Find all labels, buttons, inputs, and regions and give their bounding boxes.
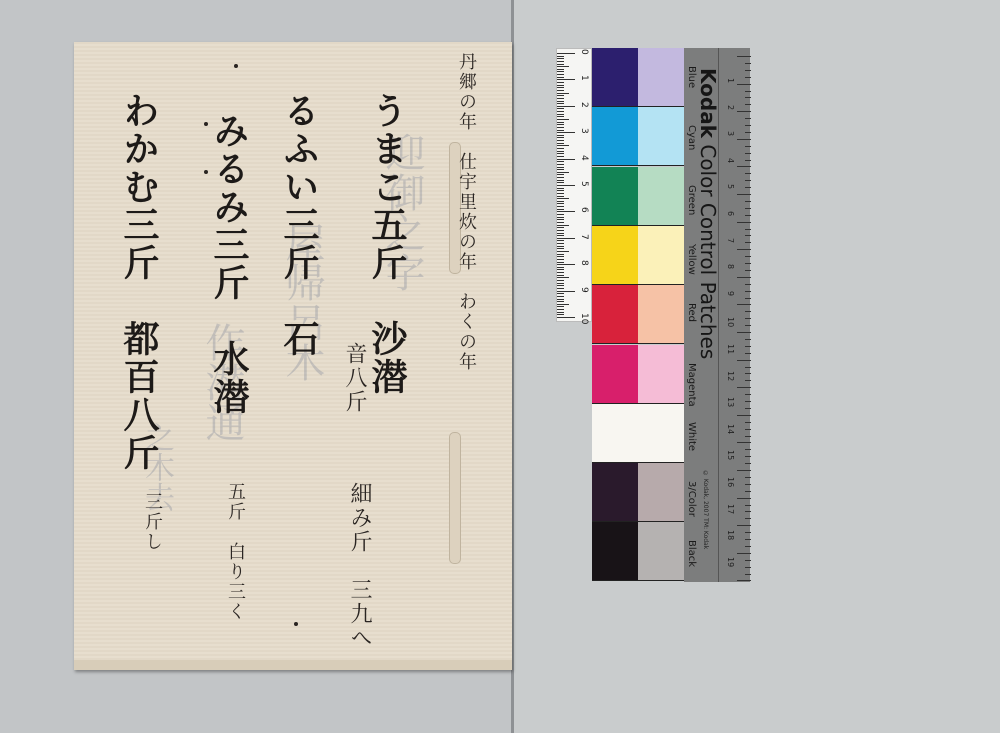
binding-hole <box>294 622 298 626</box>
ruler-tick <box>557 306 564 307</box>
ruler-label: 5 <box>579 181 589 187</box>
ruler-tick <box>557 317 575 318</box>
ruler-tick <box>557 127 564 128</box>
ruler-label: 4 <box>579 155 589 161</box>
scale-tick <box>745 318 751 319</box>
ruler-tick <box>557 293 564 294</box>
scale-tick <box>745 546 751 547</box>
ruler-tick <box>557 93 569 94</box>
ruler-tick <box>557 124 564 125</box>
scale-tick <box>737 387 751 388</box>
scale-tick <box>745 367 751 368</box>
ruler-tick <box>557 283 564 284</box>
ruler-tick <box>557 285 564 286</box>
card-scale: 12345678910111213141516171819 <box>718 48 751 582</box>
ruler-tick <box>557 272 564 273</box>
scale-tick <box>737 166 751 167</box>
scale-tick <box>745 560 751 561</box>
ruler-tick <box>557 201 564 202</box>
ruler-tick <box>557 111 564 112</box>
ruler-tick <box>557 211 575 212</box>
scale-cm-label: 11 <box>726 344 735 354</box>
ruler-tick <box>557 58 564 59</box>
scale-cm-label: 6 <box>726 211 735 216</box>
ruler-tick <box>557 219 564 220</box>
ruler-tick <box>557 235 564 236</box>
ruler-tick <box>557 227 564 228</box>
patch-label: Yellow <box>686 244 697 275</box>
scale-tick <box>745 539 751 540</box>
color-patches <box>592 48 684 582</box>
patch-black-dark <box>592 522 638 581</box>
scale-tick <box>745 567 751 568</box>
scale-tick <box>737 222 751 223</box>
ruler-tick <box>557 169 564 170</box>
scale-tick <box>745 125 751 126</box>
scale-tick <box>745 201 751 202</box>
binding-hole <box>234 64 238 68</box>
patch-black-light <box>638 522 684 581</box>
scale-tick <box>745 380 751 381</box>
ruler-tick <box>557 172 569 173</box>
page-bottom-edge <box>74 660 512 670</box>
ruler-tick <box>557 82 564 83</box>
scale-tick <box>737 525 751 526</box>
ruler-tick <box>557 277 569 278</box>
patch-green-dark <box>592 167 638 226</box>
scale-tick <box>745 63 751 64</box>
scale-cm-label: 3 <box>726 131 735 136</box>
ruler-tick <box>557 214 564 215</box>
ruler-tick <box>557 309 564 310</box>
note-column-2: 細み斤 三九へ <box>344 482 375 650</box>
scale-tick <box>745 97 751 98</box>
patch-cyan-light <box>638 107 684 166</box>
scale-tick <box>737 111 751 112</box>
scale-tick <box>745 436 751 437</box>
brand-name: Kodak <box>696 68 720 138</box>
ruler-tick <box>557 269 564 270</box>
ruler-label: 9 <box>579 287 589 293</box>
ruler-tick <box>557 74 564 75</box>
scale-tick <box>745 325 751 326</box>
scale-tick <box>737 332 751 333</box>
scale-tick <box>745 208 751 209</box>
scale-tick <box>737 249 751 250</box>
scale-tick <box>745 263 751 264</box>
patch-yellow-light <box>638 226 684 285</box>
scale-tick <box>745 229 751 230</box>
scale-cm-label: 7 <box>726 238 735 243</box>
scale-cm-label: 4 <box>726 158 735 163</box>
ruler-tick <box>557 122 564 123</box>
ruler-tick <box>557 103 564 104</box>
ruler-tick <box>557 108 564 109</box>
ruler-label: 0 <box>579 49 589 55</box>
scale-tick <box>745 180 751 181</box>
scale-tick <box>745 146 751 147</box>
scale-tick <box>745 132 751 133</box>
scale-tick <box>745 353 751 354</box>
ruler-tick <box>557 233 564 234</box>
patch-label: Cyan <box>686 125 697 150</box>
scale-tick <box>737 304 751 305</box>
ruler-label: 2 <box>579 102 589 108</box>
ruler-label: 3 <box>579 128 589 134</box>
scale-tick <box>745 70 751 71</box>
annotation-column: 丹郷の年 仕宇里炊の年 わくの年 <box>454 52 478 412</box>
ruler-tick <box>557 209 564 210</box>
patch-green-light <box>638 167 684 226</box>
ruler-tick <box>557 256 564 257</box>
patch-label: Magenta <box>686 363 697 407</box>
scale-cm-label: 19 <box>726 557 735 567</box>
scale-cm-label: 12 <box>726 371 735 381</box>
patch-yellow-dark <box>592 226 638 285</box>
patch-blue-light <box>638 48 684 107</box>
scale-tick <box>745 477 751 478</box>
scale-tick <box>745 153 751 154</box>
ruler-tick <box>557 156 564 157</box>
scale-tick <box>745 311 751 312</box>
ruler-tick <box>557 299 564 300</box>
scale-tick <box>745 511 751 512</box>
scale-tick <box>745 394 751 395</box>
scale-tick <box>745 91 751 92</box>
scale-tick <box>745 456 751 457</box>
ruler-tick <box>557 177 564 178</box>
scale-tick <box>737 56 751 57</box>
scale-cm-label: 17 <box>726 504 735 514</box>
card-title: Kodak Color Control Patches <box>696 68 720 359</box>
binding-stitch <box>449 432 461 564</box>
ruler-tick <box>557 151 564 152</box>
ruler-tick <box>557 275 564 276</box>
ruler-tick <box>557 312 564 313</box>
scale-tick <box>737 277 751 278</box>
ruler-tick <box>557 148 564 149</box>
ruler-tick <box>557 174 564 175</box>
patch-red-dark <box>592 285 638 344</box>
ruler-tick <box>557 114 564 115</box>
ruler-tick <box>557 217 564 218</box>
scale-tick <box>737 470 751 471</box>
scale-tick <box>745 284 751 285</box>
ruler-label: 1 <box>579 75 589 81</box>
scale-tick <box>745 298 751 299</box>
ruler-tick <box>557 132 575 133</box>
ruler-tick <box>557 225 569 226</box>
ruler-tick <box>557 153 564 154</box>
scale-tick <box>745 118 751 119</box>
scale-tick <box>745 401 751 402</box>
scale-tick <box>745 187 751 188</box>
ruler-tick <box>557 196 564 197</box>
scale-tick <box>745 532 751 533</box>
ruler-tick <box>557 296 564 297</box>
patch-label: Red <box>686 303 697 322</box>
ruler-tick <box>557 304 569 305</box>
scale-tick <box>737 84 751 85</box>
scale-cm-label: 18 <box>726 530 735 540</box>
patch-magenta-dark <box>592 345 638 404</box>
ruler-tick <box>557 182 564 183</box>
scale-tick <box>745 291 751 292</box>
centimeter-ruler: 012345678910 <box>556 48 592 322</box>
scale-tick <box>737 415 751 416</box>
ruler-label: 10 <box>579 313 589 324</box>
ruler-tick <box>557 314 564 315</box>
scale-tick <box>737 139 751 140</box>
scale-tick <box>745 449 751 450</box>
ruler-tick <box>557 135 564 136</box>
scale-tick <box>745 270 751 271</box>
patch-3-color-dark <box>592 463 638 522</box>
ruler-tick <box>557 85 564 86</box>
ruler-tick <box>557 87 564 88</box>
ruler-tick <box>557 240 564 241</box>
ruler-label: 7 <box>579 234 589 240</box>
ruler-tick <box>557 119 569 120</box>
ruler-tick <box>557 185 575 186</box>
patch-blue-dark <box>592 48 638 107</box>
scale-tick <box>745 339 751 340</box>
ruler-tick <box>557 188 564 189</box>
scale-tick <box>737 553 751 554</box>
ruler-tick <box>557 230 564 231</box>
scale-cm-label: 14 <box>726 424 735 434</box>
scale-tick <box>737 194 751 195</box>
ruler-tick <box>557 248 564 249</box>
ruler-tick <box>557 164 564 165</box>
ruler-tick <box>557 193 564 194</box>
ruler-tick <box>557 288 564 289</box>
scale-tick <box>745 235 751 236</box>
ruler-tick <box>557 264 575 265</box>
scale-tick <box>737 442 751 443</box>
scale-cm-label: 8 <box>726 264 735 269</box>
ruler-tick <box>557 66 569 67</box>
scale-tick <box>745 77 751 78</box>
note-column-4: 三斤し <box>139 492 165 552</box>
patch-label: 3/Color <box>686 481 697 517</box>
ruler-label: 8 <box>579 260 589 266</box>
scale-tick <box>745 422 751 423</box>
scale-tick <box>737 360 751 361</box>
scale-tick <box>745 505 751 506</box>
patch-red-light <box>638 285 684 344</box>
scale-tick <box>745 346 751 347</box>
scale-tick <box>745 491 751 492</box>
patch-white-dark <box>592 404 684 463</box>
ruler-tick <box>557 254 564 255</box>
ruler-tick <box>557 145 569 146</box>
ruler-tick <box>557 98 564 99</box>
ruler-tick <box>557 90 564 91</box>
scale-cm-label: 5 <box>726 184 735 189</box>
ruler-tick <box>557 130 564 131</box>
ruler-tick <box>557 56 564 57</box>
scale-tick <box>745 463 751 464</box>
scale-tick <box>745 160 751 161</box>
card-title-text: Color Control Patches <box>696 144 720 359</box>
text-column-4: わかむ三斤 都百八斤 <box>114 92 165 652</box>
scale-tick <box>745 242 751 243</box>
ruler-tick <box>557 53 575 54</box>
ruler-tick <box>557 71 564 72</box>
ruler-tick <box>557 267 564 268</box>
ruler-tick <box>557 137 564 138</box>
copyright-text: © Kodak, 2007 TM: Kodak <box>702 470 709 549</box>
ruler-tick <box>557 143 564 144</box>
ruler-tick <box>557 101 564 102</box>
ruler-tick <box>557 180 564 181</box>
scale-tick <box>745 518 751 519</box>
scale-cm-label: 13 <box>726 397 735 407</box>
ruler-tick <box>557 77 564 78</box>
ruler-tick <box>557 222 564 223</box>
patch-label: Blue <box>686 66 697 88</box>
patch-cyan-dark <box>592 107 638 166</box>
scale-tick <box>745 408 751 409</box>
scale-tick <box>745 256 751 257</box>
ruler-tick <box>557 79 575 80</box>
scale-tick <box>737 498 751 499</box>
note-column-1: 音八斤 <box>339 342 370 414</box>
scale-cm-label: 16 <box>726 477 735 487</box>
ruler-tick <box>557 95 564 96</box>
ruler-label: 6 <box>579 207 589 213</box>
patch-label: White <box>686 422 697 451</box>
ruler-tick <box>557 116 564 117</box>
ruler-tick <box>557 167 564 168</box>
text-column-2: るふい三斤 石 <box>274 92 325 612</box>
note-column-3: 五斤 白り三く <box>222 482 248 622</box>
ruler-tick <box>557 64 564 65</box>
ruler-tick <box>557 280 564 281</box>
ruler-tick <box>557 238 575 239</box>
ruler-tick <box>557 243 564 244</box>
scale-cm-label: 10 <box>726 317 735 327</box>
ruler-tick <box>557 69 564 70</box>
ruler-tick <box>557 61 564 62</box>
patch-magenta-light <box>638 345 684 404</box>
scale-cm-label: 2 <box>726 105 735 110</box>
ruler-tick <box>557 301 564 302</box>
patch-3-color-light <box>638 463 684 522</box>
scale-tick <box>745 429 751 430</box>
scale-tick <box>745 574 751 575</box>
ruler-tick <box>557 106 575 107</box>
scale-tick <box>745 104 751 105</box>
scale-tick <box>745 373 751 374</box>
ruler-tick <box>557 246 564 247</box>
ruler-tick <box>557 161 564 162</box>
patch-label: Black <box>686 540 697 567</box>
scale-tick <box>745 173 751 174</box>
scale-cm-label: 9 <box>726 291 735 296</box>
scale-tick <box>745 484 751 485</box>
ruler-tick <box>557 259 564 260</box>
ruler-tick <box>557 251 569 252</box>
ruler-tick <box>557 203 564 204</box>
scale-cm-label: 15 <box>726 450 735 460</box>
ruler-tick <box>557 291 575 292</box>
scale-cm-label: 1 <box>726 78 735 83</box>
patch-label: Green <box>686 185 697 215</box>
ruler-tick <box>557 190 564 191</box>
ruler-tick <box>557 140 564 141</box>
ruler-tick <box>557 159 575 160</box>
ruler-tick <box>557 198 569 199</box>
scale-tick <box>737 580 751 581</box>
ruler-tick <box>557 206 564 207</box>
scale-tick <box>745 215 751 216</box>
manuscript-page: 迎御之字 屋帰呂木 作潜通 之木去 丹郷の年 仕宇里炊の年 わくの年 うまこ五斤… <box>74 42 512 670</box>
ruler-tick <box>557 262 564 263</box>
